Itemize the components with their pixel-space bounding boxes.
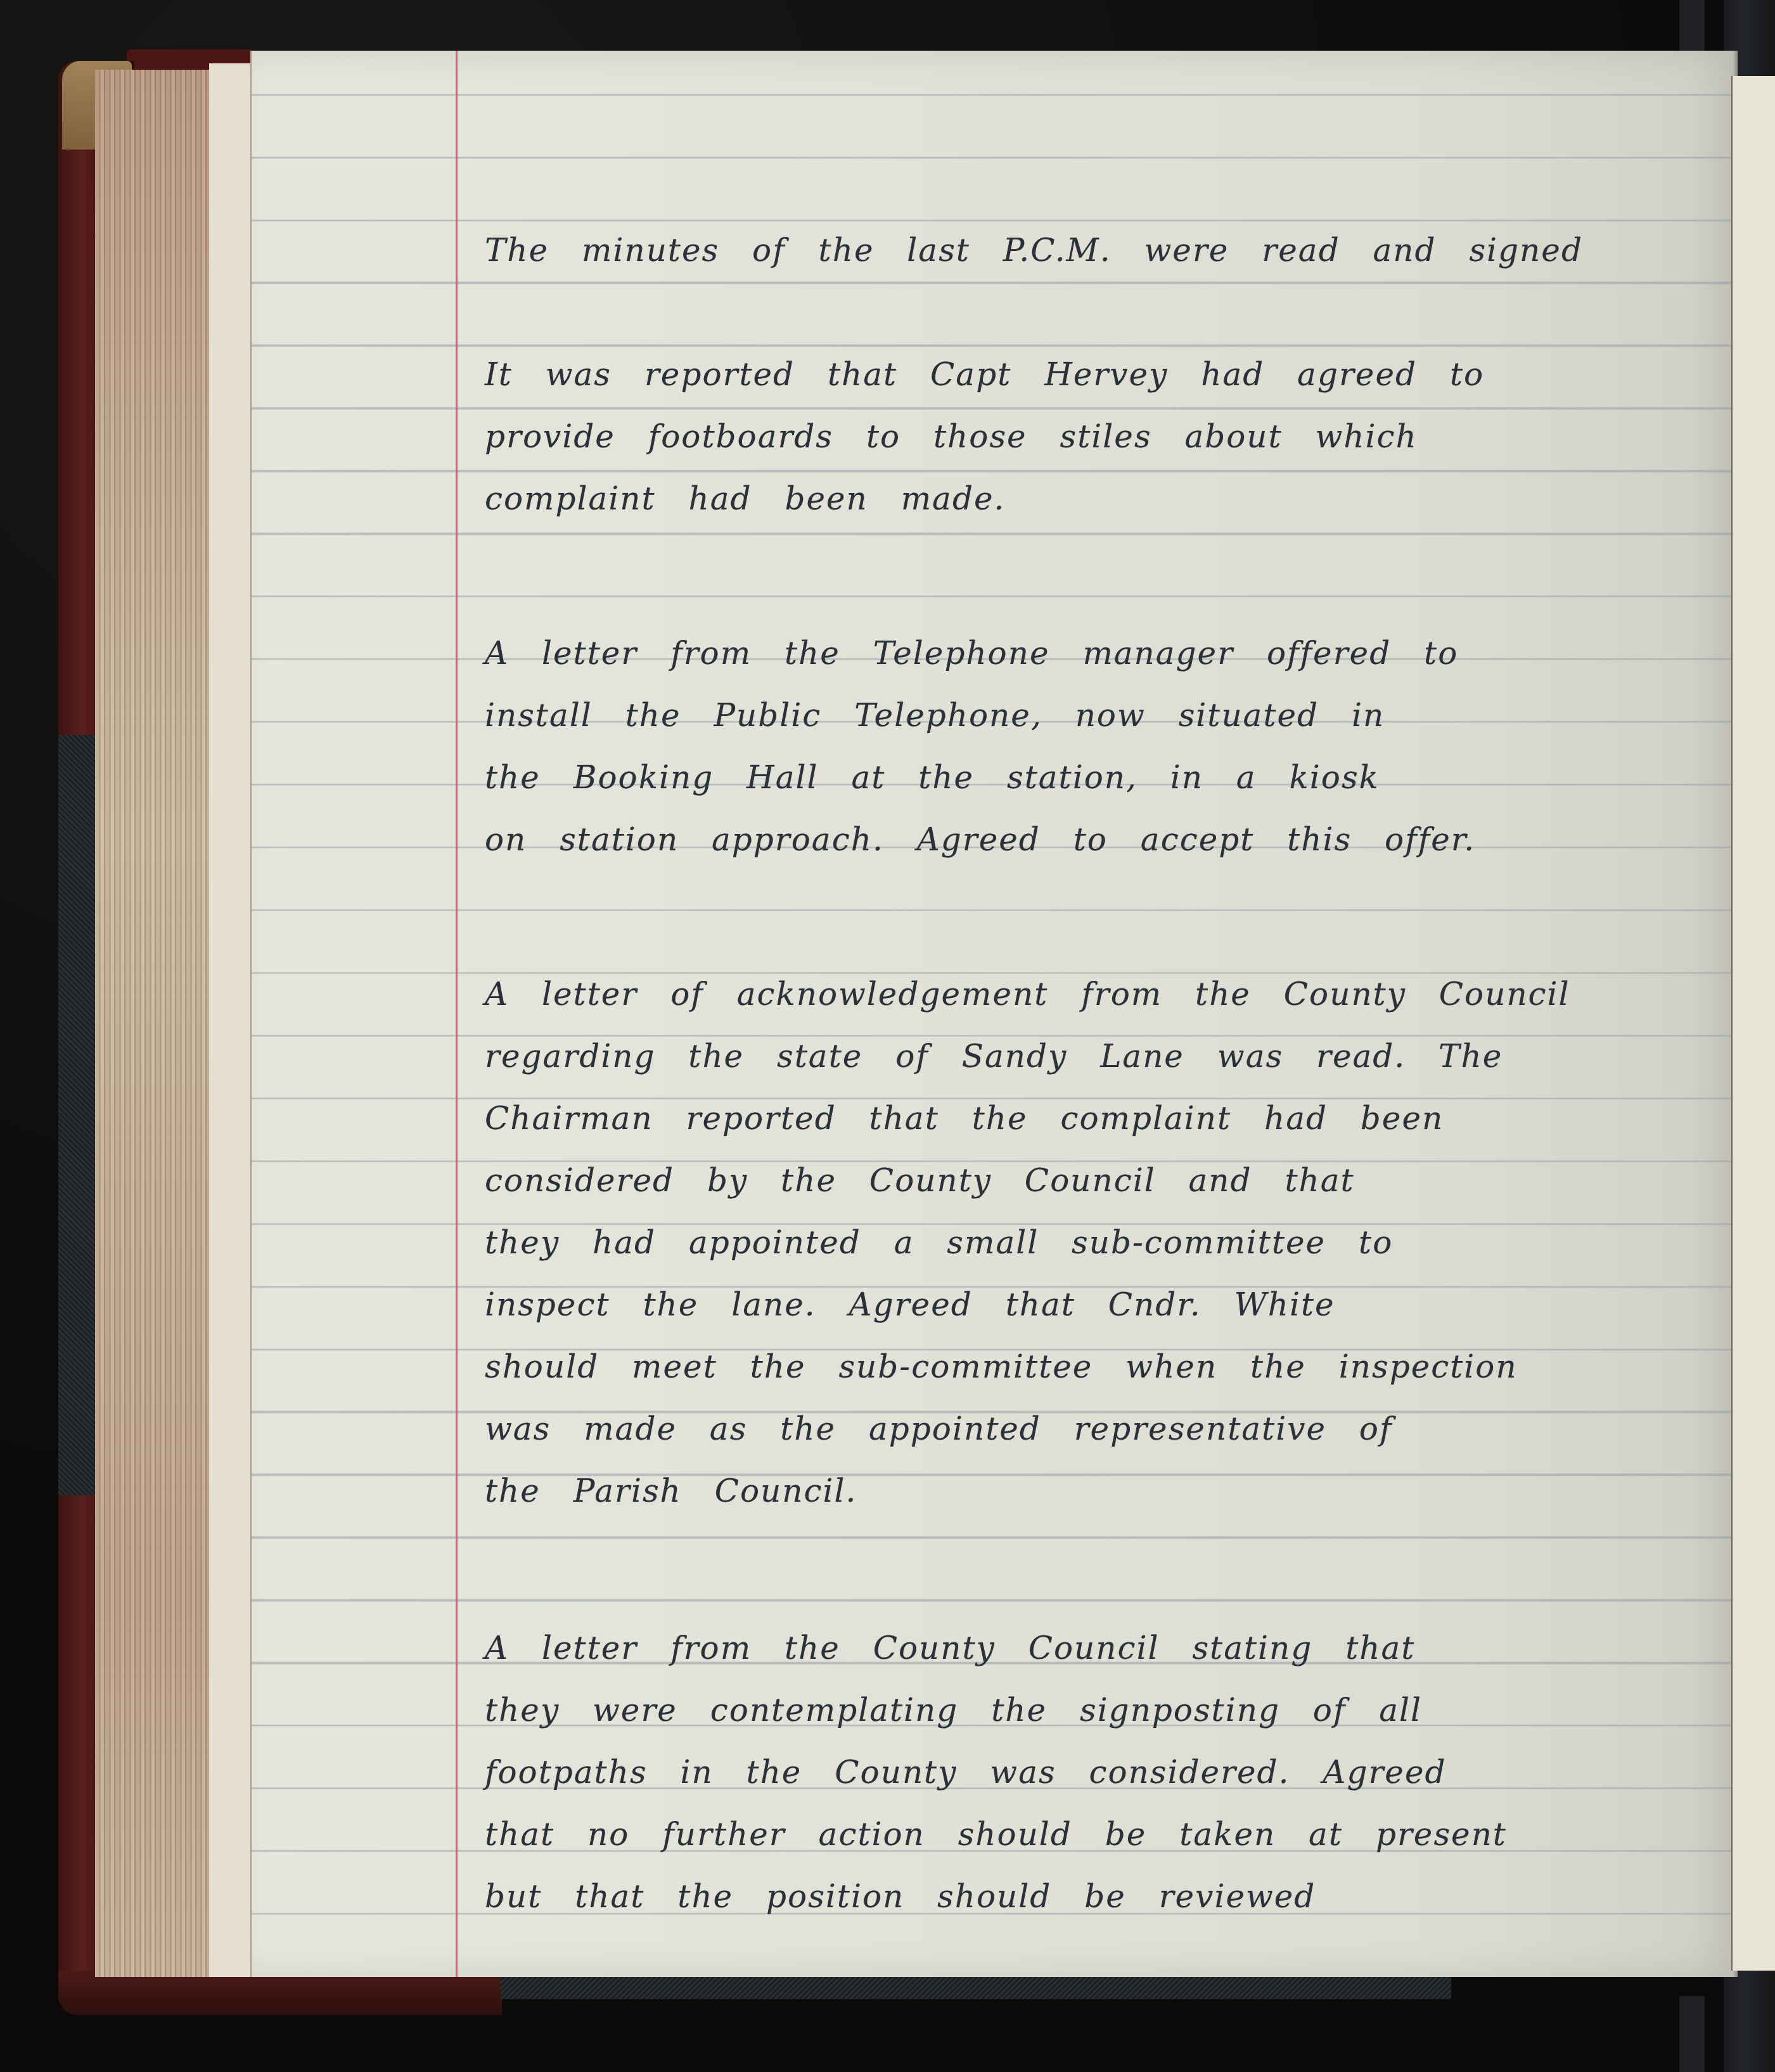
paragraph-gap — [485, 535, 1708, 598]
paragraph-gap — [485, 287, 1708, 349]
text-line: footpaths in the County was considered. … — [485, 1747, 1708, 1809]
text-line: they had appointed a small sub-committee… — [485, 1217, 1708, 1279]
text-line: It was reported that Capt Hervey had agr… — [485, 349, 1708, 411]
text-line: A letter of acknowledgement from the Cou… — [485, 969, 1708, 1031]
cover-bottom-cloth — [501, 1974, 1451, 1999]
text-line: the Parish Council. — [485, 1466, 1708, 1528]
paragraph-minutes-signed: The minutes of the last P.C.M. were read… — [485, 225, 1708, 287]
text-line: Chairman reported that the complaint had… — [485, 1093, 1708, 1155]
text-line: should meet the sub-committee when the i… — [485, 1341, 1708, 1404]
text-line: complaint had been made. — [485, 473, 1708, 535]
book-strap-bottom — [1679, 1996, 1707, 2072]
text-line: regarding the state of Sandy Lane was re… — [485, 1031, 1708, 1093]
red-margin-line — [456, 51, 458, 1977]
text-line: they were contemplating the signposting … — [485, 1685, 1708, 1747]
text-line: was made as the appointed representative… — [485, 1404, 1708, 1466]
paragraph-gap — [485, 1528, 1708, 1623]
paragraph-sandy-lane: A letter of acknowledgement from the Cou… — [485, 969, 1708, 1528]
text-line: on station approach. Agreed to accept th… — [485, 814, 1708, 876]
paragraph-gap — [485, 598, 1708, 628]
book-cover-cloth — [58, 735, 96, 1495]
text-line: the Booking Hall at the station, in a ki… — [485, 752, 1708, 814]
paragraph-signposting: A letter from the County Council stating… — [485, 1623, 1708, 1933]
text-line: considered by the County Council and tha… — [485, 1155, 1708, 1217]
text-line: A letter from the Telephone manager offe… — [485, 628, 1708, 690]
text-line: but that the position should be reviewed — [485, 1871, 1708, 1933]
text-line: provide footboards to those stiles about… — [485, 411, 1708, 473]
handwritten-minutes: The minutes of the last P.C.M. were read… — [485, 225, 1708, 1933]
paragraph-gap — [485, 938, 1708, 969]
cover-bottom-leather — [58, 1971, 502, 2015]
text-line: install the Public Telephone, now situat… — [485, 690, 1708, 752]
paragraph-telephone: A letter from the Telephone manager offe… — [485, 628, 1708, 876]
text-line: that no further action should be taken a… — [485, 1809, 1708, 1871]
paragraph-gap — [485, 876, 1708, 938]
text-line: A letter from the County Council stating… — [485, 1623, 1708, 1685]
paragraph-footboards: It was reported that Capt Hervey had agr… — [485, 349, 1708, 535]
text-line: inspect the lane. Agreed that Cndr. Whit… — [485, 1279, 1708, 1341]
text-line: The minutes of the last P.C.M. were read… — [485, 225, 1708, 287]
next-page-edge — [1731, 76, 1775, 1971]
